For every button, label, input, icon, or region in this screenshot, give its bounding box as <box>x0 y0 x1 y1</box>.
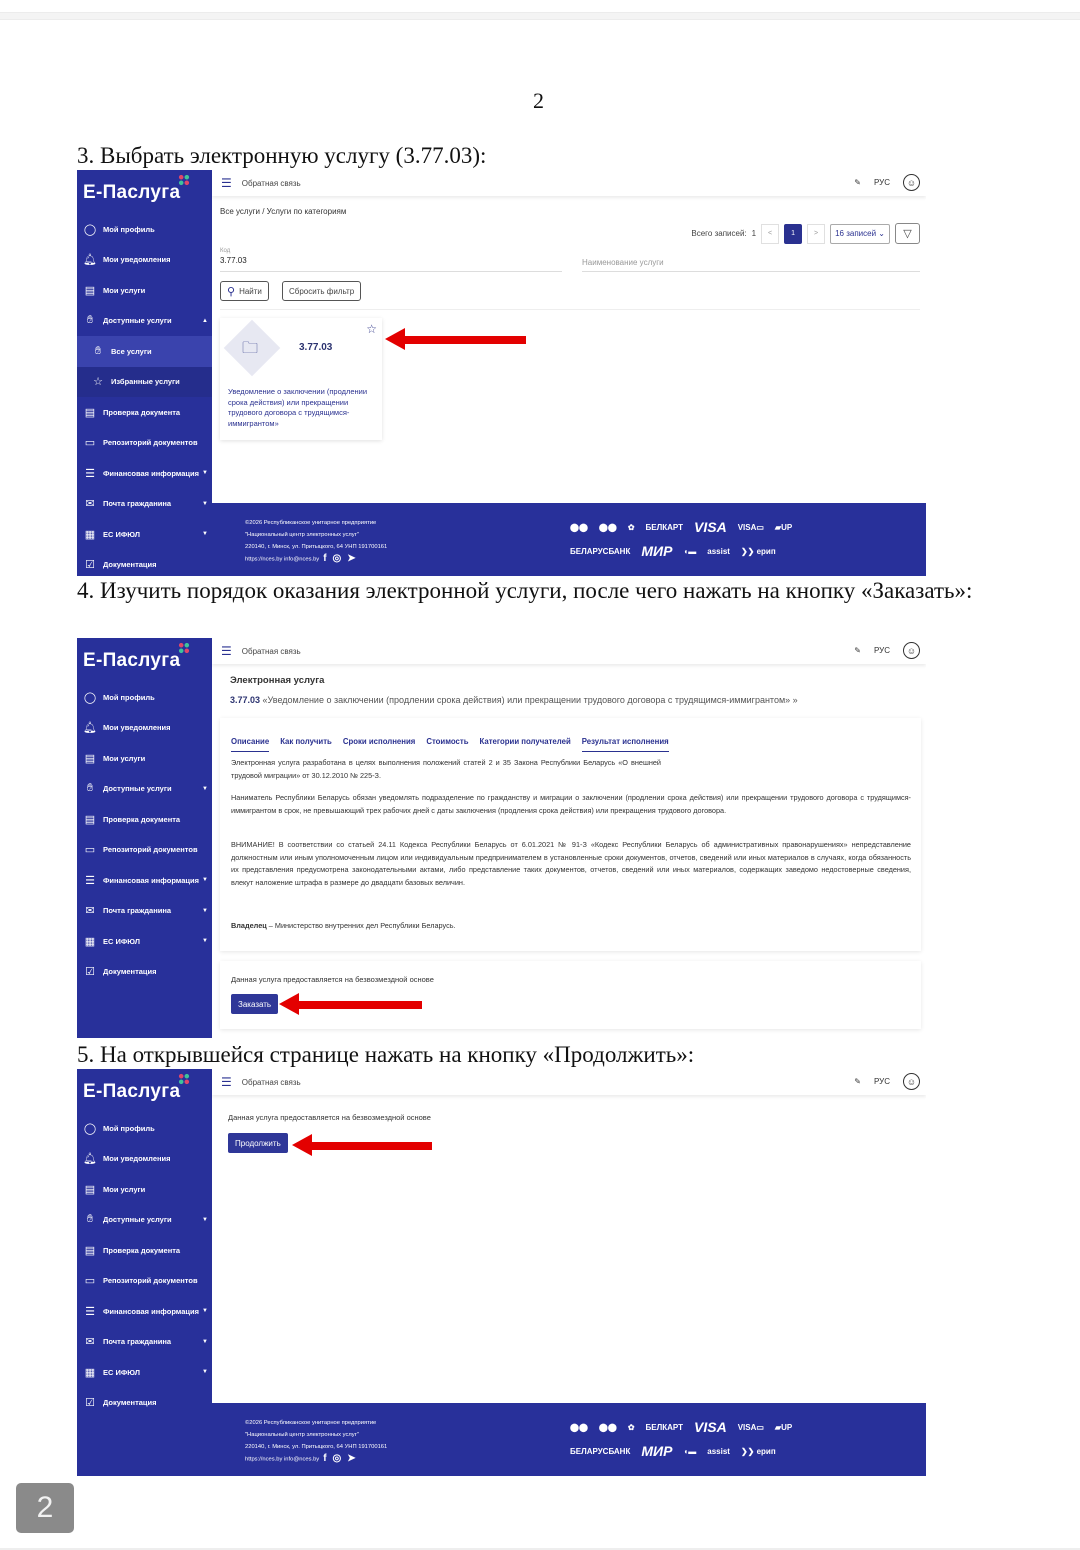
paragraph-3: ВНИМАНИЕ! В соответствии со статьей 24.1… <box>231 839 911 890</box>
payment-logos: ⬤⬤⬤⬤✿БЕЛКАРТVISAVISA▭▰UP БЕЛАРУСБАНКМИР◖… <box>570 515 870 563</box>
tabs: Описание Как получить Сроки исполнения С… <box>231 737 669 752</box>
sidebar-item-available[interactable]: ✋︎Доступные услуги▼ <box>77 1205 212 1236</box>
sidebar-item-my-services[interactable]: ▤Мои услуги <box>77 1174 212 1205</box>
user-circle-icon: ◯ <box>83 222 97 236</box>
caret-up-icon: ▲ <box>202 318 208 324</box>
screenshot-service-list: Е-Паслуга ◯Мой профиль 🔔︎Мои уведомления… <box>77 170 926 576</box>
checkbox-icon: ☑ <box>83 965 97 979</box>
service-subtitle: 3.77.03 «Уведомление о заключении (продл… <box>230 695 798 705</box>
sidebar-item-repository[interactable]: ▭Репозиторий документов <box>77 428 212 459</box>
brush-icon[interactable]: ✎ <box>854 646 861 655</box>
instagram-icon[interactable]: ◎ <box>333 1453 342 1465</box>
bell-icon: 🔔︎ <box>83 253 97 267</box>
sidebar-item-mail[interactable]: ✉Почта гражданина▼ <box>77 1327 212 1358</box>
sidebar-item-favorites[interactable]: ☆Избранные услуги <box>77 367 212 398</box>
envelope-icon: ✉ <box>83 904 97 918</box>
user-account-icon[interactable]: ☺ <box>903 642 920 659</box>
main-area: ☰ Обратная связь ✎ РУС ☺ Все услуги / Ус… <box>212 170 926 576</box>
caret-down-icon: ▼ <box>202 786 208 792</box>
document-icon: ▤ <box>83 751 97 765</box>
sidebar-item-my-services[interactable]: ▤Мои услуги <box>77 743 212 774</box>
folder-icon: ▭ <box>83 436 97 450</box>
user-circle-icon: ◯ <box>83 690 97 704</box>
caret-down-icon: ▼ <box>202 1369 208 1375</box>
main-area: ☰ Обратная связь ✎ РУС ☺ Данная услуга п… <box>212 1069 926 1476</box>
visa-logo: VISA <box>694 1419 727 1435</box>
sidebar: Е-Паслуга ◯Мой профиль 🔔︎Мои уведомления… <box>77 1069 212 1476</box>
caret-down-icon: ▼ <box>202 501 208 507</box>
envelope-icon: ✉ <box>83 1335 97 1349</box>
tab-how-to-get[interactable]: Как получить <box>280 737 332 752</box>
page-1-button[interactable]: 1 <box>784 224 802 244</box>
assist-logo: assist <box>707 547 730 556</box>
user-account-icon[interactable]: ☺ <box>903 174 920 191</box>
sidebar-item-doc-check[interactable]: ▤Проверка документа <box>77 397 212 428</box>
folder-icon: ▭ <box>83 843 97 857</box>
erip-logo: ❯❯ ерип <box>741 1447 776 1456</box>
pagination: Всего записей: 1 < 1 > 16 записей ⌄ ▽ <box>691 223 920 244</box>
code-value: 3.77.03 <box>220 256 562 265</box>
database-icon: ☰ <box>83 466 97 480</box>
building-icon: ▦ <box>83 1365 97 1379</box>
order-button[interactable]: Заказать <box>231 994 278 1014</box>
red-arrow-annotation <box>385 333 526 345</box>
footer-text: ©2026 Республиканское унитарное предприя… <box>245 517 387 566</box>
continue-button[interactable]: Продолжить <box>228 1133 288 1153</box>
footer: ©2026 Республиканское унитарное предприя… <box>212 1403 926 1476</box>
menu-icon[interactable]: ☰ <box>221 176 232 190</box>
code-field[interactable]: Код 3.77.03 <box>220 248 562 272</box>
order-panel: Данная услуга предоставляется на безвозм… <box>220 961 921 1029</box>
user-account-icon[interactable]: ☺ <box>903 1073 920 1090</box>
per-page-select[interactable]: 16 записей ⌄ <box>830 224 890 244</box>
hand-service-icon: ✋︎ <box>83 314 97 328</box>
logo-dots-icon <box>177 173 191 187</box>
caret-down-icon: ▼ <box>202 908 208 914</box>
idcheck-logo: ⬤⬤ <box>599 1423 617 1432</box>
document-icon: ▤ <box>83 1182 97 1196</box>
unionpay-logo: ▰UP <box>775 523 792 532</box>
screenshot-continue: Е-Паслуга ◯Мой профиль 🔔︎Мои уведомления… <box>77 1069 926 1476</box>
building-icon: ▦ <box>83 527 97 541</box>
instagram-icon[interactable]: ◎ <box>333 553 342 565</box>
belkart-logo: ✿ <box>628 1423 635 1432</box>
hand-service-icon: ✋︎ <box>91 344 105 358</box>
document-icon: ▤ <box>83 283 97 297</box>
sidebar-item-profile[interactable]: ◯Мой профиль <box>77 1113 212 1144</box>
free-service-text: Данная услуга предоставляется на безвозм… <box>228 1113 431 1122</box>
building-icon: ▦ <box>83 934 97 948</box>
free-service-text: Данная услуга предоставляется на безвозм… <box>231 975 434 984</box>
sidebar-item-repository[interactable]: ▭Репозиторий документов <box>77 1266 212 1297</box>
divider <box>220 309 920 310</box>
caret-down-icon: ▼ <box>202 531 208 537</box>
bell-icon: 🔔︎ <box>83 721 97 735</box>
sidebar-item-profile[interactable]: ◯Мой профиль <box>77 214 212 245</box>
sidebar-item-finance[interactable]: ☰Финансовая информация▼ <box>77 458 212 489</box>
telegram-icon[interactable]: ➤ <box>347 1453 355 1465</box>
service-heading: Электронная услуга <box>230 675 324 686</box>
service-card-code: 3.77.03 <box>299 342 332 353</box>
description-panel: Описание Как получить Сроки исполнения С… <box>220 718 921 951</box>
service-name-field[interactable]: Наименование услуги <box>582 248 920 272</box>
checkbox-icon: ☑ <box>83 558 97 572</box>
main-area: ☰ Обратная связь ✎ РУС ☺ Электронная усл… <box>212 638 926 1038</box>
star-icon: ☆ <box>91 375 105 389</box>
step-4-text: 4. Изучить порядок оказания электронной … <box>77 576 1003 606</box>
folder-icon: ▭ <box>83 1274 97 1288</box>
step-3-text: 3. Выбрать электронную услугу (3.77.03): <box>77 141 486 171</box>
total-label: Всего записей: <box>691 229 746 238</box>
assist-logo: assist <box>707 1447 730 1456</box>
sidebar-item-docs[interactable]: ☑Документация <box>77 957 212 988</box>
mastercard-logo: ⬤⬤ <box>570 523 588 532</box>
prev-page-button[interactable]: < <box>761 224 779 244</box>
envelope-icon: ✉ <box>83 497 97 511</box>
filter-icon[interactable]: ▽ <box>895 223 920 244</box>
paragraph-1: Электронная услуга разработана в целях в… <box>231 757 661 782</box>
sidebar-item-notifications[interactable]: 🔔︎Мои уведомления <box>77 1144 212 1175</box>
user-circle-icon: ◯ <box>83 1121 97 1135</box>
sidebar-item-es-ifiol[interactable]: ▦ЕС ИФЮЛ▼ <box>77 519 212 550</box>
belarusbank-logo: БЕЛАРУСБАНК <box>570 1447 630 1456</box>
code-label: Код <box>220 248 562 254</box>
sidebar-item-notifications[interactable]: 🔔︎Мои уведомления <box>77 713 212 744</box>
sidebar-item-notifications[interactable]: 🔔︎Мои уведомления <box>77 245 212 276</box>
brush-icon[interactable]: ✎ <box>854 1077 861 1086</box>
sidebar-item-mail[interactable]: ✉Почта гражданина▼ <box>77 896 212 927</box>
footer-text: ©2026 Республиканское унитарное предприя… <box>245 1417 387 1466</box>
caret-down-icon: ▼ <box>202 1217 208 1223</box>
sidebar-item-repository[interactable]: ▭Репозиторий документов <box>77 835 212 866</box>
favorite-star-icon[interactable]: ☆ <box>366 322 377 336</box>
sidebar-item-doc-check[interactable]: ▤Проверка документа <box>77 1235 212 1266</box>
sidebar-item-docs[interactable]: ☑Документация <box>77 550 212 577</box>
mir-accept-logo: ◖▬ <box>683 1447 696 1456</box>
screenshot-service-description: Е-Паслуга ◯Мой профиль 🔔︎Мои уведомления… <box>77 638 926 1038</box>
logo-dots-icon <box>177 641 191 655</box>
mir-logo: МИР <box>641 543 672 559</box>
idcheck-logo: ⬤⬤ <box>599 523 617 532</box>
tab-result[interactable]: Результат исполнения <box>582 737 669 752</box>
sidebar: Е-Паслуга ◯Мой профиль 🔔︎Мои уведомления… <box>77 638 212 1038</box>
total-value: 1 <box>752 229 756 238</box>
feedback-link[interactable]: Обратная связь <box>242 1078 301 1087</box>
checkbox-icon: ☑ <box>83 1396 97 1410</box>
belarusbank-logo: БЕЛАРУСБАНК <box>570 547 630 556</box>
caret-down-icon: ▼ <box>202 1308 208 1314</box>
sidebar-item-es-ifiol[interactable]: ▦ЕС ИФЮЛ▼ <box>77 1357 212 1388</box>
document-check-icon: ▤ <box>83 1243 97 1257</box>
viewer-top-band <box>0 12 1080 20</box>
page-number: 2 <box>533 88 544 114</box>
visa-secure-logo: VISA▭ <box>738 523 764 532</box>
database-icon: ☰ <box>83 1304 97 1318</box>
language-switch[interactable]: РУС <box>874 178 890 187</box>
sidebar-item-es-ifiol[interactable]: ▦ЕС ИФЮЛ▼ <box>77 926 212 957</box>
language-switch[interactable]: РУС <box>874 1077 890 1086</box>
footer: ©2026 Республиканское унитарное предприя… <box>212 503 926 576</box>
sidebar-item-docs[interactable]: ☑Документация <box>77 1388 212 1419</box>
breadcrumb[interactable]: Все услуги / Услуги по категориям <box>220 207 346 216</box>
bell-icon: 🔔︎ <box>83 1152 97 1166</box>
sidebar-item-my-services[interactable]: ▤Мои услуги <box>77 275 212 306</box>
service-card-description: Уведомление о заключении (продлении срок… <box>228 387 378 429</box>
topbar: ☰ Обратная связь ✎ РУС ☺ <box>212 638 926 664</box>
tab-cost[interactable]: Стоимость <box>426 737 468 752</box>
menu-icon[interactable]: ☰ <box>221 644 232 658</box>
tab-recipients[interactable]: Категории получателей <box>480 737 571 752</box>
logo: Е-Паслуга <box>83 1081 180 1103</box>
owner-line: Владелец – Министерство внутренних дел Р… <box>231 920 911 933</box>
facebook-icon[interactable]: f <box>323 1453 326 1465</box>
topbar: ☰ Обратная связь ✎ РУС ☺ <box>212 1069 926 1095</box>
sidebar-item-doc-check[interactable]: ▤Проверка документа <box>77 804 212 835</box>
unionpay-logo: ▰UP <box>775 1423 792 1432</box>
caret-down-icon: ▼ <box>202 877 208 883</box>
document-check-icon: ▤ <box>83 405 97 419</box>
logo-dots-icon <box>177 1072 191 1086</box>
visa-logo: VISA <box>694 519 727 535</box>
sidebar-item-available[interactable]: ✋︎Доступные услуги▼ <box>77 774 212 805</box>
erip-logo: ❯❯ ерип <box>741 547 776 556</box>
language-switch[interactable]: РУС <box>874 646 890 655</box>
telegram-icon[interactable]: ➤ <box>347 553 355 565</box>
sidebar-item-finance[interactable]: ☰Финансовая информация▼ <box>77 1296 212 1327</box>
paragraph-2: Наниматель Республики Беларусь обязан ув… <box>231 792 911 817</box>
hand-service-icon: ✋︎ <box>83 782 97 796</box>
facebook-icon[interactable]: f <box>323 553 326 565</box>
folder-hand-icon: 🗀 <box>242 337 258 364</box>
logo: Е-Паслуга <box>83 650 180 672</box>
red-arrow-annotation <box>279 998 422 1010</box>
next-page-button[interactable]: > <box>807 224 825 244</box>
topbar: ☰ Обратная связь ✎ РУС ☺ <box>212 170 926 196</box>
red-arrow-annotation <box>292 1139 432 1151</box>
mir-accept-logo: ◖▬ <box>683 547 696 556</box>
find-button[interactable]: ⚲Найти <box>220 281 269 301</box>
sidebar-item-profile[interactable]: ◯Мой профиль <box>77 682 212 713</box>
feedback-link[interactable]: Обратная связь <box>242 179 301 188</box>
sidebar-item-mail[interactable]: ✉Почта гражданина▼ <box>77 489 212 520</box>
service-card[interactable]: 🗀 3.77.03 ☆ Уведомление о заключении (пр… <box>220 318 382 440</box>
belkart-logo: ✿ <box>628 523 635 532</box>
feedback-link[interactable]: Обратная связь <box>242 647 301 656</box>
document-check-icon: ▤ <box>83 812 97 826</box>
database-icon: ☰ <box>83 873 97 887</box>
page-badge: 2 <box>16 1483 74 1533</box>
logo: Е-Паслуга <box>83 182 180 204</box>
menu-icon[interactable]: ☰ <box>221 1075 232 1089</box>
belkart-internet-logo: БЕЛКАРТ <box>646 523 683 532</box>
sidebar-item-all-services[interactable]: ✋︎Все услуги <box>77 336 212 367</box>
caret-down-icon: ▼ <box>202 470 208 476</box>
tab-description[interactable]: Описание <box>231 737 269 752</box>
step-5-text: 5. На открывшейся странице нажать на кно… <box>77 1040 694 1070</box>
sidebar-item-finance[interactable]: ☰Финансовая информация▼ <box>77 865 212 896</box>
belkart-internet-logo: БЕЛКАРТ <box>646 1423 683 1432</box>
reset-filter-button[interactable]: Сбросить фильтр <box>282 281 361 301</box>
caret-down-icon: ▼ <box>202 1339 208 1345</box>
hand-service-icon: ✋︎ <box>83 1213 97 1227</box>
sidebar: Е-Паслуга ◯Мой профиль 🔔︎Мои уведомления… <box>77 170 212 576</box>
visa-secure-logo: VISA▭ <box>738 1423 764 1432</box>
brush-icon[interactable]: ✎ <box>854 178 861 187</box>
tab-terms[interactable]: Сроки исполнения <box>343 737 415 752</box>
mir-logo: МИР <box>641 1443 672 1459</box>
payment-logos: ⬤⬤⬤⬤✿БЕЛКАРТVISAVISA▭▰UP БЕЛАРУСБАНКМИР◖… <box>570 1415 870 1463</box>
mastercard-logo: ⬤⬤ <box>570 1423 588 1432</box>
search-icon: ⚲ <box>227 285 235 298</box>
caret-down-icon: ▼ <box>202 938 208 944</box>
sidebar-item-available[interactable]: ✋︎Доступные услуги▲ <box>77 306 212 337</box>
